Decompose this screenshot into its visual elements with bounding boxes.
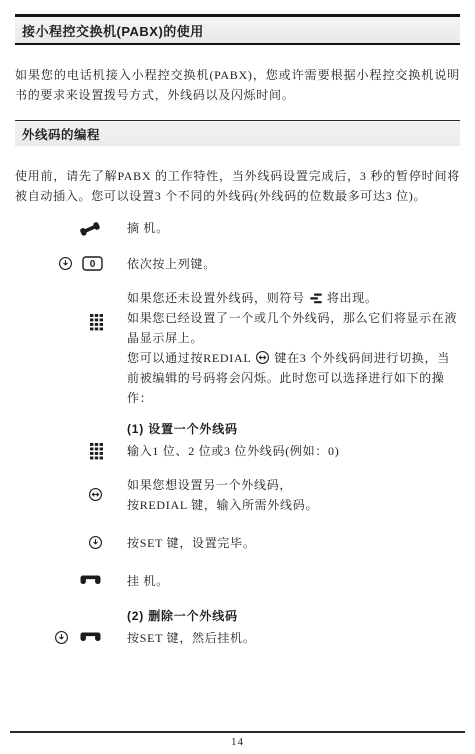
offhook-handset-icon: [78, 220, 103, 238]
intro-paragraph: 如果您的电话机接入小程控交换机(PABX)，您或许需要根据小程控交换机说明书的要…: [15, 65, 460, 105]
page-number: 14: [10, 736, 465, 748]
step-icon-cell: 0: [15, 254, 127, 274]
footer-rule: [10, 731, 465, 733]
set-key-icon: [54, 630, 69, 645]
onhook-handset-icon: [78, 630, 103, 644]
step-icon-cell: [15, 441, 127, 461]
step-text: 摘 机。: [127, 218, 460, 238]
dial-keypad-icon: [90, 443, 103, 460]
step-set-done: 按SET 键，设置完毕。: [15, 533, 460, 553]
step-icon-cell: [15, 628, 127, 648]
set-key-icon: [88, 535, 103, 550]
step-another-code: 如果您想设置另一个外线码， 按REDIAL 键，输入所需外线码。: [15, 475, 460, 515]
subsection-delete-title: (2) 删除一个外线码: [127, 607, 460, 624]
step-text: 挂 机。: [127, 571, 460, 591]
step-enter-code: 输入1 位、2 位或3 位外线码(例如：0): [15, 441, 460, 461]
dial-keypad-icon: [90, 314, 103, 331]
step-icon-cell: [15, 571, 127, 591]
onhook-handset-icon: [78, 573, 103, 587]
step-delete: 按SET 键，然后挂机。: [15, 628, 460, 648]
note-line-1: 如果您还未设置外线码，则符号 将出现。: [127, 288, 460, 308]
external-line-symbol-icon: [309, 292, 323, 305]
step-text: 依次按上列键。: [127, 254, 460, 274]
redial-key-icon: [88, 487, 103, 502]
note-line-3-pre: 您可以通过按REDIAL: [127, 351, 251, 365]
page-title: 接小程控交换机(PABX)的使用: [15, 14, 460, 45]
note-line-1-post: 将出现。: [327, 291, 378, 305]
page-footer: 14: [10, 731, 465, 748]
step-icon-cell: [15, 475, 127, 515]
svg-text:0: 0: [90, 259, 96, 270]
step-note: 如果您还未设置外线码，则符号 将出现。 如果您已经设置了一个或几个外线码，那么它…: [15, 288, 460, 408]
step-text-line-1: 如果您想设置另一个外线码，: [127, 475, 460, 495]
step-text: 输入1 位、2 位或3 位外线码(例如：0): [127, 441, 460, 461]
note-line-2: 如果您已经设置了一个或几个外线码，那么它们将显示在液晶显示屏上。: [127, 308, 460, 348]
redial-key-icon: [255, 350, 270, 365]
step-offhook: 摘 机。: [15, 218, 460, 238]
page-title-text: 接小程控交换机(PABX)的使用: [22, 24, 204, 39]
step-text: 按SET 键，设置完毕。: [127, 533, 460, 553]
step-text-line-2: 按REDIAL 键，输入所需外线码。: [127, 495, 460, 515]
instruction-steps: 摘 机。 0 依次按上列键。: [15, 218, 460, 648]
manual-page: 接小程控交换机(PABX)的使用 如果您的电话机接入小程控交换机(PABX)，您…: [0, 0, 475, 754]
step-icon-cell: [15, 533, 127, 553]
subsection-set-one-title: (1) 设置一个外线码: [127, 420, 460, 437]
section-title: 外线码的编程: [15, 120, 460, 146]
step-text: 按SET 键，然后挂机。: [127, 628, 460, 648]
note-line-1-pre: 如果您还未设置外线码，则符号: [127, 291, 305, 305]
step-text-block: 如果您想设置另一个外线码， 按REDIAL 键，输入所需外线码。: [127, 475, 460, 515]
step-press-keys: 0 依次按上列键。: [15, 254, 460, 274]
step-icon-cell: [15, 218, 127, 238]
note-text-block: 如果您还未设置外线码，则符号 将出现。 如果您已经设置了一个或几个外线码，那么它…: [127, 288, 460, 408]
set-key-icon: [58, 256, 73, 271]
step-onhook: 挂 机。: [15, 571, 460, 591]
section-intro-paragraph: 使用前，请先了解PABX 的工作特性，当外线码设置完成后，3 秒的暂停时间将被自…: [15, 166, 460, 206]
note-line-3: 您可以通过按REDIAL 键在3 个外线码间进行切换，当前被编辑的号码将会闪烁。…: [127, 348, 460, 408]
step-icon-cell: [15, 288, 127, 408]
zero-key-icon: 0: [82, 256, 103, 271]
section-title-text: 外线码的编程: [22, 128, 100, 142]
